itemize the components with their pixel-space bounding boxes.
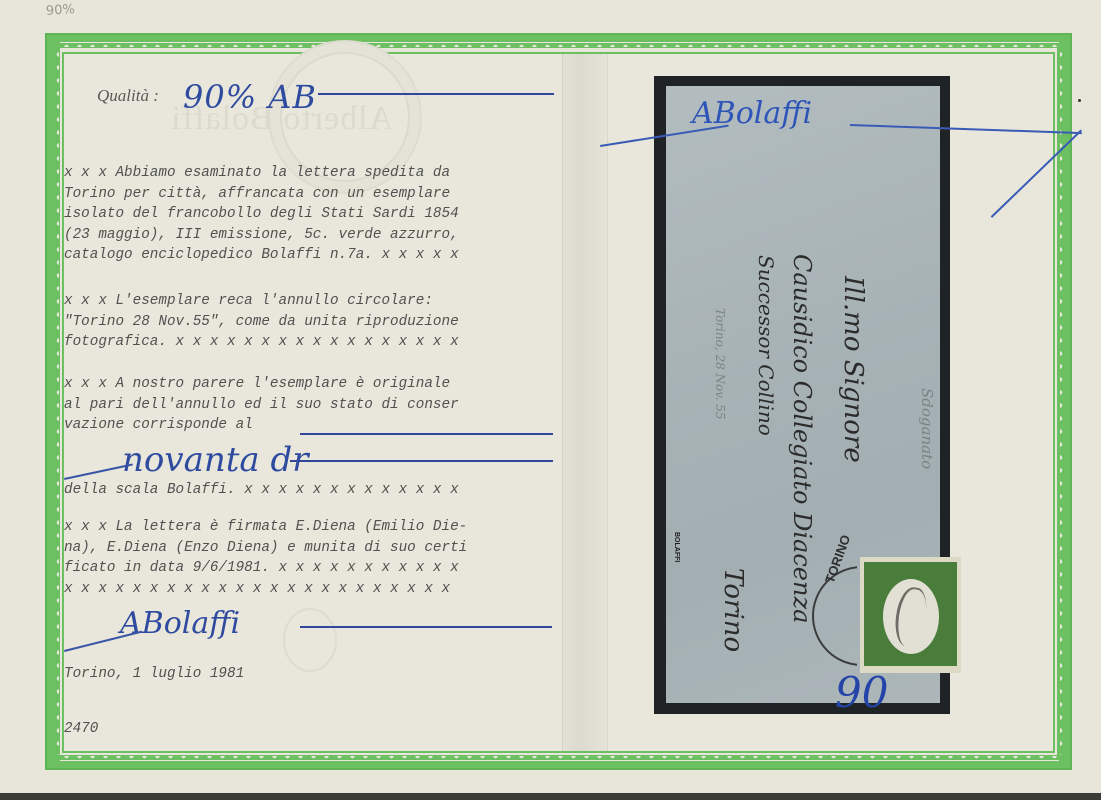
scan-edge-strip [0, 793, 1101, 800]
paper-fold-line [562, 54, 608, 751]
grade-handwritten: novanta dr [122, 440, 309, 480]
paragraph-scale: della scala Bolaffi. x x x x x x x x x x… [64, 480, 554, 501]
paragraph-examination: x x x Abbiamo esaminato la lettera spedi… [64, 163, 554, 266]
border-ornament-left [51, 48, 59, 755]
paragraph-signatures: x x x La lettera è firmata E.Diena (Emil… [64, 517, 554, 599]
pencil-note-left: Torino, 28 Nov. 55 [713, 308, 727, 420]
border-ornament-bottom [60, 756, 1059, 764]
stamp-king-head-icon [892, 585, 929, 648]
paragraph-cancellation: x x x L'esemplare reca l'annullo circola… [64, 291, 554, 353]
quality-handwritten-value: 90% AB [183, 78, 317, 116]
border-ornament-right [1060, 48, 1068, 755]
embossed-small-seal-icon [283, 608, 337, 672]
grade-on-photo: 90 [835, 668, 888, 717]
ink-dot [1078, 99, 1081, 102]
bolaffi-guarantee-mark: BOLAFFI [673, 532, 680, 562]
pencil-corner-note: 90% [46, 2, 76, 19]
signature-ink-line [300, 626, 552, 628]
stamp-embossed-oval [883, 579, 939, 654]
paragraph-opinion: x x x A nostro parere l'esemplare è orig… [64, 374, 554, 436]
pencil-note-right: Sdoganato [918, 388, 936, 469]
signature-handwritten: ABolaffi [120, 606, 240, 641]
quality-ink-line [318, 93, 554, 95]
stamp-green-field [864, 562, 957, 666]
postage-stamp [860, 557, 961, 673]
border-ornament-top [60, 39, 1059, 47]
date-line: Torino, 1 luglio 1981 [64, 664, 554, 685]
certificate-number: 2470 [64, 719, 554, 740]
address-line-3: Successor Collino [754, 255, 778, 436]
quality-label: Qualità : [97, 86, 159, 106]
grade-ink-line-upper [300, 433, 553, 435]
address-line-4: Torino [718, 568, 748, 652]
address-line-1: Ill.mo Signore [838, 276, 868, 463]
address-line-2: Causidico Collegiato Diacenza [788, 254, 816, 623]
signature-on-photo: ABolaffi [692, 96, 812, 131]
grade-ink-line [290, 460, 553, 462]
